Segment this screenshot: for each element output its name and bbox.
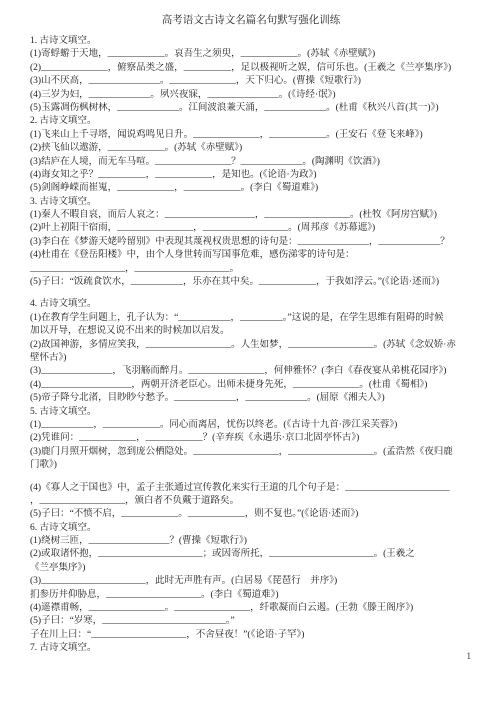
document-lines: 1. 古诗文填空。(1)寄蜉蝣于天地，____________。哀吾生之须臾，_… bbox=[30, 35, 472, 656]
question-line: (1)在教育学生问题上，孔子认为：“___________，_________。… bbox=[30, 312, 472, 325]
continuation-line: 加以开导，在想说又说不出来的时候加以启发。 bbox=[30, 325, 472, 338]
question-line: (5)剑阁峥嵘而崔嵬，____________，____________。(李白… bbox=[30, 182, 472, 195]
question-line: (2)______________，俯察品类之盛，__________，足以极视… bbox=[30, 62, 472, 75]
question-line: (4)三岁为妇，_____________。夙兴夜寐，_____________… bbox=[30, 89, 472, 102]
question-line: (2)叶上初阳干宿雨，________________，____________… bbox=[30, 222, 472, 235]
question-line: (5)玉露凋伤枫树林，_____________。江间波浪兼天涌，_______… bbox=[30, 102, 472, 115]
question-line: (1)绕树三匝，_________________？(曹操《短歌行》) bbox=[30, 535, 472, 548]
question-line: (2)或取诸怀抱，______________________；或因寄所托，__… bbox=[30, 548, 472, 561]
spacer-line bbox=[30, 473, 472, 482]
question-line: (5)子曰：“饭疏食饮水，___________，乐亦在其中矣。________… bbox=[30, 276, 472, 289]
question-line: (3)结庐在人境，而无车马喧。________________？________… bbox=[30, 156, 472, 169]
question-line: (2)凭谁问：____________，____________？(辛弃疾《永遇… bbox=[30, 432, 472, 445]
question-line: (5)帝子降兮北渚，目眇眇兮愁予。_____________，_________… bbox=[30, 392, 472, 405]
continuation-line: 《兰亭集序》) bbox=[30, 562, 472, 575]
continuation-line: ，__________________，颁白者不负戴于道路矣。 bbox=[30, 495, 472, 508]
worksheet-page: 高考语文古诗文名篇名句默写强化训练 1. 古诗文填空。(1)寄蜉蝣于天地，___… bbox=[0, 0, 500, 708]
question-line: (1)飞来山上千寻塔，闻说鸡鸣见日升。______________，______… bbox=[30, 129, 472, 142]
continuation-line: 壁怀古》) bbox=[30, 352, 472, 365]
spacer-line bbox=[30, 289, 472, 298]
question-line: (3)_______________，飞羽觞而醉月。______________… bbox=[30, 365, 472, 378]
section-heading: 2. 古诗文填空。 bbox=[30, 115, 472, 128]
question-line: (4)诲女知之乎？__________，____________，是知也。(《论… bbox=[30, 169, 472, 182]
document-title: 高考语文古诗文名篇名句默写强化训练 bbox=[30, 14, 472, 28]
question-line: (3)鹿门月照开烟树，忽到庞公栖隐处。__________________，__… bbox=[30, 446, 472, 459]
question-line: (3)李白在《梦游天姥吟留别》中表现其蔑视权贵思想的诗句是：__________… bbox=[30, 236, 472, 249]
question-line: (3)山不厌高，_______________。______________，天… bbox=[30, 75, 472, 88]
question-line: (4)___________________，两朝开济老臣心。出师未捷身先死，_… bbox=[30, 379, 472, 392]
section-heading: 1. 古诗文填空。 bbox=[30, 35, 472, 48]
document-content: 高考语文古诗文名篇名句默写强化训练 1. 古诗文填空。(1)寄蜉蝣于天地，___… bbox=[0, 0, 500, 656]
page-number: 1 bbox=[467, 651, 472, 661]
question-line: (1)___________，____________。同心而离居，忧伤以终老。… bbox=[30, 419, 472, 432]
question-line: (4)杜甫在《登岳阳楼》中，由个人身世转而写国事危难，感伤涕零的诗句是： bbox=[30, 249, 472, 262]
question-line: 扪参历井仰胁息，____________________。(李白《蜀道难》) bbox=[30, 589, 472, 602]
question-line: (2)故国神游，多情应笑我，__________________。人生如梦，__… bbox=[30, 339, 472, 352]
question-line: (5)子曰：“不愤不启，____________。____________，则不… bbox=[30, 508, 472, 521]
question-line: (3)______________________，此时无声胜有声。(白居易《琵… bbox=[30, 575, 472, 588]
question-line: (4)《寡人之于国也》中，孟子主张通过宣传教化来实行王道的几个句子是：_____… bbox=[30, 482, 472, 495]
section-heading: 3. 古诗文填空。 bbox=[30, 196, 472, 209]
question-line: (2)挟飞仙以遨游，____________。(苏轼《赤壁赋》) bbox=[30, 142, 472, 155]
question-line: (1)秦人不暇自哀，而后人哀之：___________________，____… bbox=[30, 209, 472, 222]
question-line: (4)遥襟甫畅，________________。_______________… bbox=[30, 602, 472, 615]
section-heading: 5. 古诗文填空。 bbox=[30, 406, 472, 419]
continuation-line: 门歌》) bbox=[30, 459, 472, 472]
continuation-line: ____________________，___________________… bbox=[30, 263, 472, 276]
section-heading: 7. 古诗文填空。 bbox=[30, 642, 472, 655]
section-heading: 6. 古诗文填空。 bbox=[30, 522, 472, 535]
question-line: (1)寄蜉蝣于天地，____________。哀吾生之须臾，__________… bbox=[30, 48, 472, 61]
section-heading: 4. 古诗文填空。 bbox=[30, 298, 472, 311]
question-line: (5)子曰：“岁寒，__________________________。” bbox=[30, 615, 472, 628]
question-line: 子在川上曰：“____________________，不舍昼夜！”(《论语·子… bbox=[30, 629, 472, 642]
